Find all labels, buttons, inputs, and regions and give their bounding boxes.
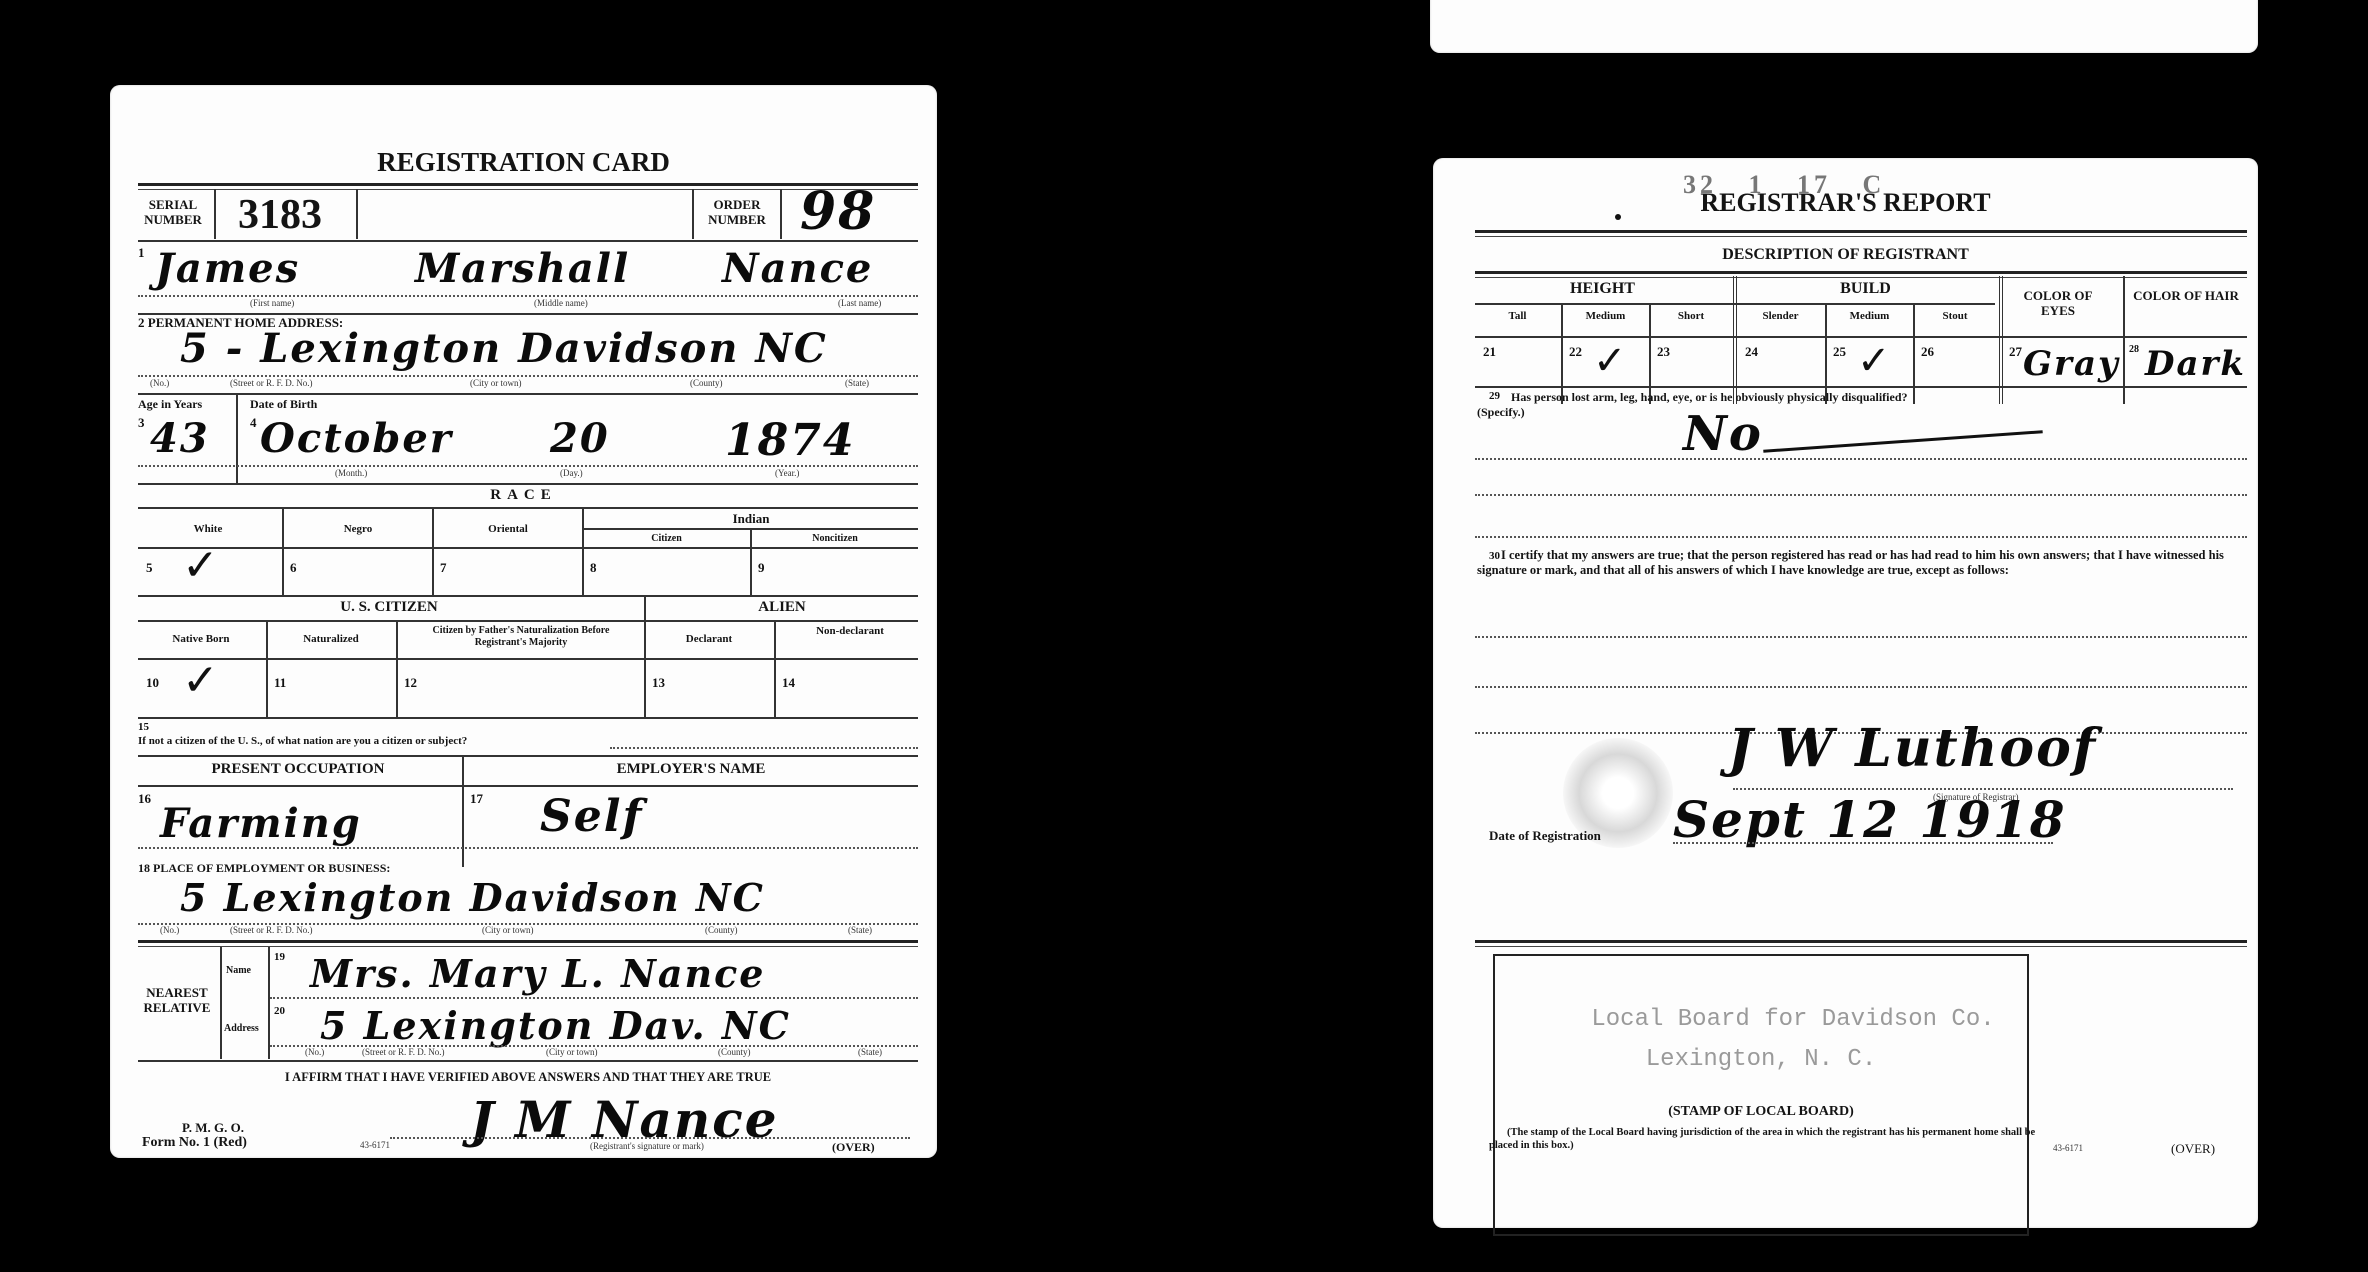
field-label: 18 PLACE OF EMPLOYMENT OR BUSINESS:	[138, 861, 390, 876]
caption: (City or town)	[546, 1047, 598, 1057]
citizen-col-native: Native Born	[138, 633, 264, 645]
caption: (Middle name)	[534, 298, 588, 308]
dob-day: 20	[550, 415, 610, 462]
divider	[356, 189, 358, 239]
order-number: 98	[800, 181, 876, 242]
over-label: (OVER)	[2171, 1141, 2215, 1157]
employer-header: EMPLOYER'S NAME	[464, 761, 918, 778]
registrant-middle-name: Marshall	[415, 245, 630, 292]
race-col-indian: Indian	[584, 511, 918, 527]
divider	[610, 747, 918, 749]
caption: (Year.)	[775, 468, 799, 478]
occupation-value: Farming	[160, 800, 362, 847]
occupation-header: PRESENT OCCUPATION	[138, 761, 458, 778]
affirm-statement: I AFFIRM THAT I HAVE VERIFIED ABOVE ANSW…	[138, 1070, 918, 1085]
field-number: 24	[1745, 344, 1758, 360]
divider	[1999, 276, 2003, 404]
caption: (Month.)	[335, 468, 367, 478]
caption: (State)	[848, 925, 872, 935]
field-number: 21	[1483, 344, 1496, 360]
divider	[138, 785, 918, 787]
certify-statement: I certify that my answers are true; that…	[1477, 548, 2242, 578]
registrar-report-title: REGISTRAR'S REPORT	[1433, 188, 2258, 218]
stamp-note: (The stamp of the Local Board having jur…	[1489, 1126, 2049, 1152]
divider	[396, 622, 398, 717]
age-value: 43	[150, 415, 210, 462]
divider	[1475, 230, 2247, 237]
race-col-white: White	[138, 523, 278, 535]
divider	[138, 847, 918, 849]
age-label: Age in Years	[138, 397, 202, 412]
nearest-relative-label: NEAREST RELATIVE	[138, 985, 216, 1015]
employment-address: 5 Lexington Davidson NC	[180, 875, 765, 920]
relative-address-label: Address	[224, 1023, 259, 1034]
description-title: DESCRIPTION OF REGISTRANT	[1433, 246, 2258, 264]
field-number: 6	[290, 560, 297, 576]
divider	[1475, 386, 2247, 388]
field-number: 4	[250, 415, 257, 431]
divider	[390, 1137, 910, 1139]
field-number: 14	[782, 675, 795, 691]
caption: (No.)	[150, 378, 169, 388]
caption: (Street or R. F. D. No.)	[362, 1047, 445, 1057]
field-number: 12	[404, 675, 417, 691]
relative-address-value: 5 Lexington Dav. NC	[320, 1003, 791, 1048]
divider	[282, 509, 284, 595]
divider	[1475, 271, 2247, 278]
dob-label: Date of Birth	[250, 397, 317, 412]
race-col-indian-citizen: Citizen	[584, 533, 749, 544]
field-number: 8	[590, 560, 597, 576]
divider	[1475, 940, 2247, 947]
race-col-negro: Negro	[284, 523, 432, 535]
date-of-registration-label: Date of Registration	[1489, 828, 1601, 844]
divider	[780, 189, 782, 239]
stamp-line-2: Lexington, N. C.	[1493, 1046, 2029, 1073]
pmgo-label: P. M. G. O.	[138, 1120, 288, 1136]
divider	[692, 189, 694, 239]
height-title: HEIGHT	[1475, 280, 1730, 298]
registrant-first-name: James	[155, 245, 300, 292]
caption: (State)	[845, 378, 869, 388]
divider	[1475, 458, 2247, 460]
divider	[1475, 636, 2247, 638]
answer-dash	[1763, 430, 2043, 453]
registrant-last-name: Nance	[722, 245, 873, 292]
home-address: 5 - Lexington Davidson NC	[180, 325, 828, 372]
divider	[138, 595, 918, 597]
race-title: RACE	[110, 487, 937, 504]
field-number: 16	[138, 791, 151, 807]
divider	[270, 997, 918, 999]
registration-card-back: 32 1 17 C REGISTRAR'S REPORT DESCRIPTION…	[1433, 158, 2258, 1228]
citizen-col-father: Citizen by Father's Naturalization Befor…	[406, 625, 636, 649]
divider	[138, 717, 918, 719]
divider	[1475, 494, 2247, 496]
alien-col-declarant: Declarant	[646, 633, 772, 645]
divider	[138, 658, 918, 660]
dob-month: October	[260, 415, 453, 462]
print-code: 43-6171	[360, 1140, 390, 1150]
caption: (City or town)	[482, 925, 534, 935]
registration-card-front: REGISTRATION CARD SERIAL NUMBER 3183 ORD…	[110, 85, 937, 1158]
field-number: 17	[470, 791, 483, 807]
divider	[1475, 303, 1995, 305]
race-col-oriental: Oriental	[434, 523, 582, 535]
height-medium-check: ✓	[1593, 338, 1627, 384]
build-medium-check: ✓	[1857, 338, 1891, 384]
divider	[138, 755, 918, 757]
build-title: BUILD	[1738, 280, 1993, 298]
serial-label: SERIAL NUMBER	[138, 197, 208, 227]
build-col-medium: Medium	[1827, 310, 1912, 322]
caption: (First name)	[250, 298, 294, 308]
divider	[138, 465, 918, 467]
divider	[138, 483, 918, 485]
build-col-stout: Stout	[1915, 310, 1995, 322]
order-label: ORDER NUMBER	[698, 197, 776, 227]
field-number: 9	[758, 560, 765, 576]
field-number: 28	[2129, 344, 2139, 355]
field-number: 23	[1657, 344, 1670, 360]
field-number: 13	[652, 675, 665, 691]
divider	[138, 507, 918, 509]
caption: (Last name)	[838, 298, 881, 308]
divider	[1733, 276, 1737, 404]
caption: (No.)	[305, 1047, 324, 1057]
color-hair-label: COLOR OF HAIR	[2131, 288, 2241, 303]
field-number: 19	[274, 951, 285, 963]
race-white-check: ✓	[182, 540, 219, 591]
question-29: Has person lost arm, leg, hand, eye, or …	[1511, 390, 1908, 405]
divider	[138, 375, 918, 377]
date-of-registration-value: Sept 12 1918	[1673, 790, 2067, 849]
divider	[138, 240, 918, 242]
divider	[138, 620, 918, 622]
question-29-answer: No	[1683, 406, 1763, 462]
partial-card-top: the registrant has his permanent home sh…	[1430, 0, 2258, 53]
question-29-specify: (Specify.)	[1477, 405, 1525, 420]
caption: (State)	[858, 1047, 882, 1057]
field-number: 20	[274, 1005, 285, 1017]
caption: (Street or R. F. D. No.)	[230, 925, 313, 935]
alien-col-nondeclarant: Non-declarant	[800, 625, 900, 638]
stamp-line-1: Local Board for Davidson Co.	[1493, 1006, 2093, 1033]
local-board-stamp-box	[1493, 954, 2029, 1236]
divider	[236, 395, 238, 483]
divider	[138, 393, 918, 395]
caption: (County)	[705, 925, 738, 935]
divider	[432, 509, 434, 595]
divider	[138, 940, 918, 947]
divider	[214, 189, 216, 239]
height-col-medium: Medium	[1563, 310, 1648, 322]
divider	[1475, 686, 2247, 688]
color-eyes-label: COLOR OF EYES	[2008, 288, 2108, 318]
height-col-short: Short	[1651, 310, 1731, 322]
stamp-caption: (STAMP OF LOCAL BOARD)	[1493, 1104, 2029, 1120]
over-label: (OVER)	[832, 1140, 875, 1155]
relative-name-value: Mrs. Mary L. Nance	[310, 951, 765, 996]
card-title: REGISTRATION CARD	[110, 147, 937, 178]
divider	[138, 547, 918, 549]
field-number: 22	[1569, 344, 1582, 360]
eye-color-value: Gray	[2023, 344, 2120, 384]
divider	[1475, 536, 2247, 538]
field-number: 27	[2009, 344, 2022, 360]
us-citizen-title: U. S. CITIZEN	[138, 599, 640, 616]
divider	[220, 947, 222, 1059]
relative-name-label: Name	[226, 965, 251, 976]
caption: (County)	[690, 378, 723, 388]
divider	[138, 1060, 918, 1062]
field-number: 1	[138, 245, 145, 261]
field-number: 29	[1489, 390, 1500, 402]
signature-caption: (Registrant's signature or mark)	[590, 1141, 704, 1151]
build-col-slender: Slender	[1738, 310, 1823, 322]
field-number: 26	[1921, 344, 1934, 360]
print-code: 43-6171	[2053, 1143, 2083, 1153]
race-col-indian-noncitizen: Noncitizen	[752, 533, 918, 544]
form-number: Form No. 1 (Red)	[142, 1135, 247, 1151]
divider	[774, 622, 776, 717]
height-col-tall: Tall	[1475, 310, 1560, 322]
caption: (Street or R. F. D. No.)	[230, 378, 313, 388]
employer-value: Self	[540, 791, 643, 842]
serial-number: 3183	[238, 191, 322, 239]
divider	[2123, 276, 2125, 404]
alien-title: ALIEN	[646, 599, 918, 616]
field-number: 7	[440, 560, 447, 576]
divider	[1673, 842, 2053, 844]
dob-year: 1874	[725, 415, 855, 466]
registrar-signature: J W Luthoof	[1728, 718, 2097, 779]
bullet	[1615, 214, 1621, 220]
caption: (Day.)	[560, 468, 583, 478]
caption: (No.)	[160, 925, 179, 935]
field-number: 10	[146, 675, 159, 691]
field-number: 25	[1833, 344, 1846, 360]
divider	[138, 295, 918, 297]
native-born-check: ✓	[182, 655, 219, 706]
field-number: 3	[138, 415, 145, 431]
field-number: 11	[274, 675, 286, 691]
field-number: 5	[146, 560, 153, 576]
divider	[268, 947, 270, 1059]
nation-question: If not a citizen of the U. S., of what n…	[138, 735, 467, 747]
hair-color-value: Dark	[2145, 344, 2246, 384]
field-number: 15	[138, 721, 149, 733]
caption: (City or town)	[470, 378, 522, 388]
caption: (County)	[718, 1047, 751, 1057]
citizen-col-naturalized: Naturalized	[268, 633, 394, 645]
